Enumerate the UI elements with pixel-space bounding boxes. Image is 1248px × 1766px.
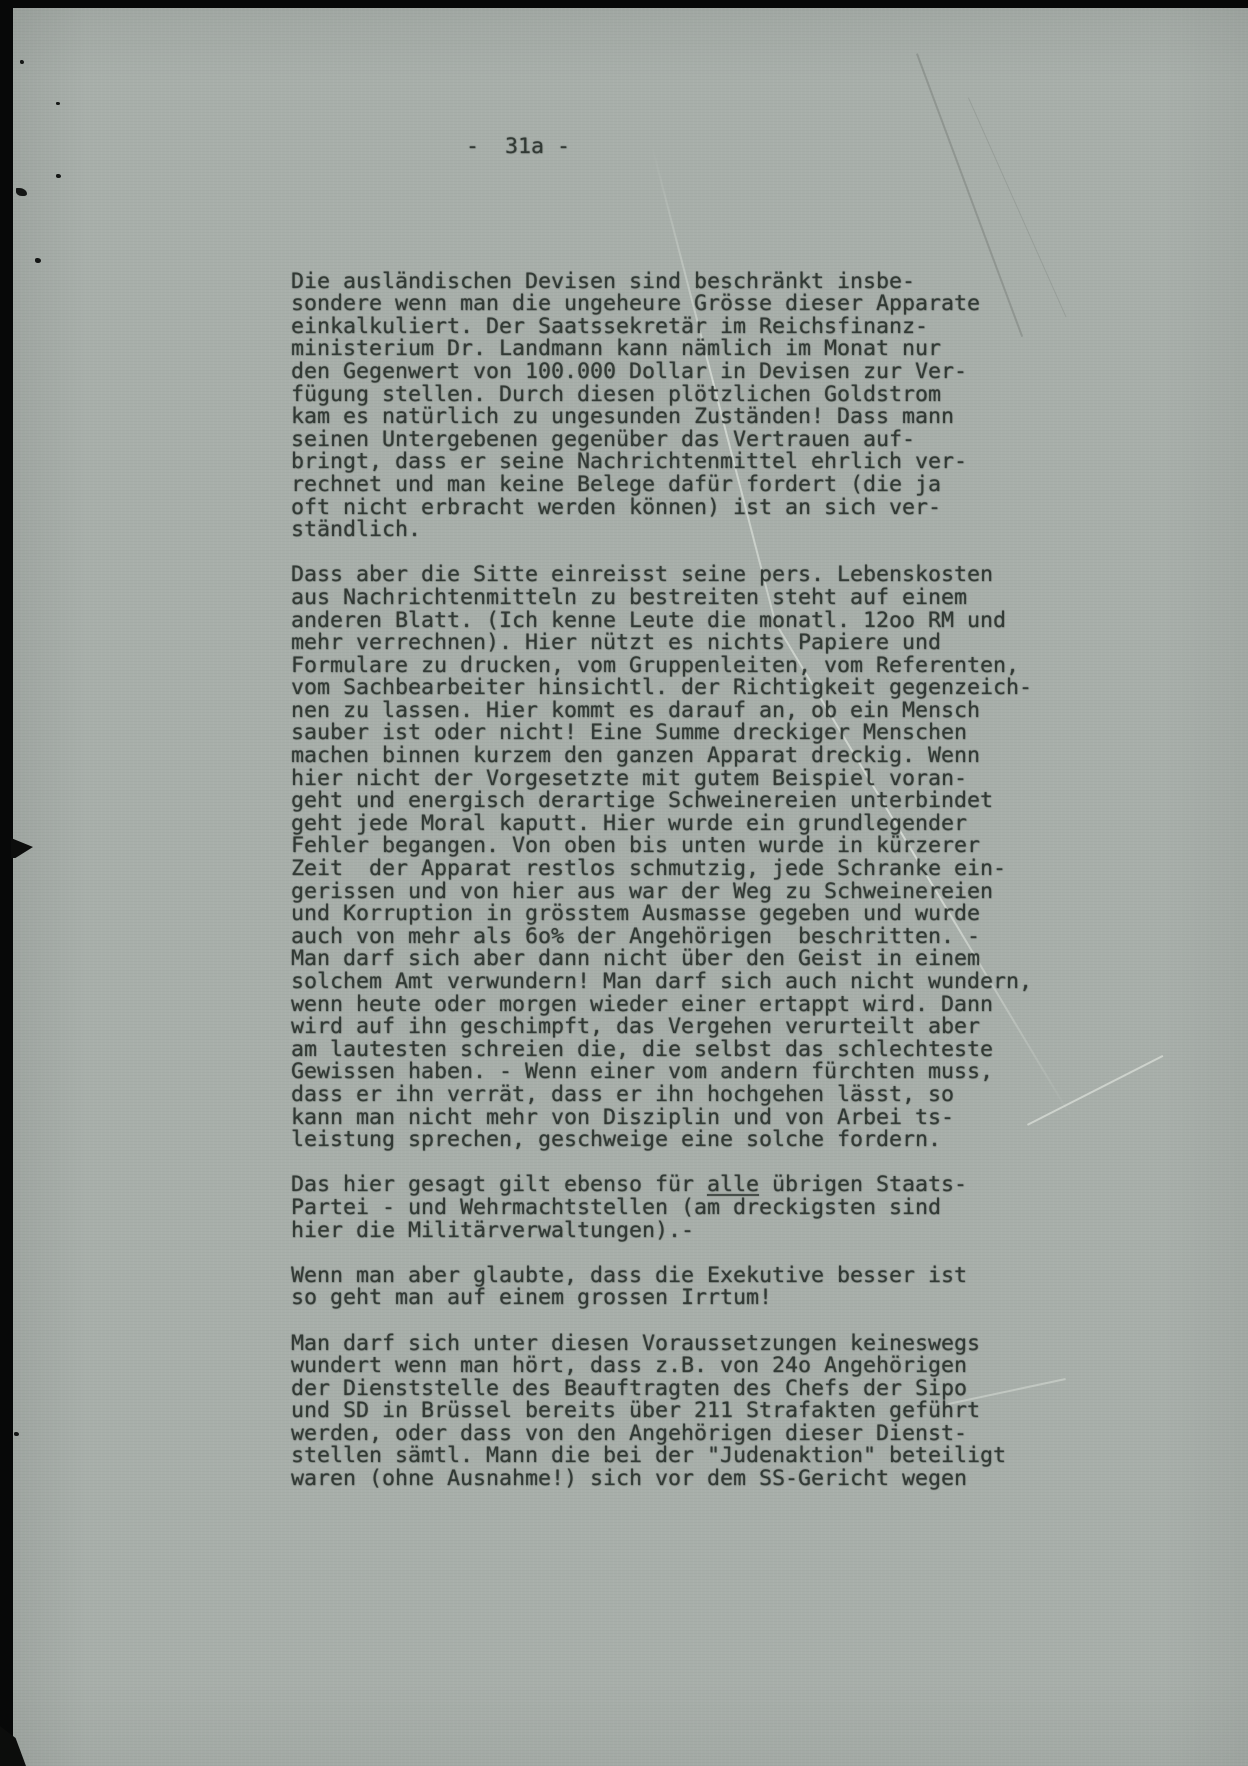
paragraph-wrap: Wenn man aber glaubte, dass die Exekutiv… (291, 1265, 1051, 1310)
page-number: - 31a - (466, 136, 1051, 159)
paragraph-wrap: Dass aber die Sitte einreisst seine pers… (291, 564, 1051, 1151)
scan-background: - 31a - Die ausländischen Devisen sind b… (0, 0, 1248, 1766)
paragraph-bruessel: Man darf sich unter diesen Voraussetzung… (291, 1333, 1051, 1491)
paragraph-wrap: Man darf sich unter diesen Voraussetzung… (291, 1333, 1051, 1491)
scanner-edge-left (0, 0, 13, 1766)
paragraph-sitte: Dass aber die Sitte einreisst seine pers… (291, 564, 1051, 1151)
paragraph-exekutive: Wenn man aber glaubte, dass die Exekutiv… (291, 1265, 1051, 1310)
paragraph-wrap: Die ausländischen Devisen sind beschränk… (291, 271, 1051, 542)
scanner-edge-top (0, 0, 1248, 8)
document-page: - 31a - Die ausländischen Devisen sind b… (13, 8, 1248, 1766)
underline-mark-alle (707, 1194, 759, 1196)
paragraph-devisen: Die ausländischen Devisen sind beschränk… (291, 271, 1051, 542)
typewritten-text-block: - 31a - Die ausländischen Devisen sind b… (291, 136, 1051, 1513)
paragraph-wrap: Das hier gesagt gilt ebenso für alle übr… (291, 1174, 1051, 1242)
paragraph-staats-partei: Das hier gesagt gilt ebenso für alle übr… (291, 1174, 1051, 1242)
